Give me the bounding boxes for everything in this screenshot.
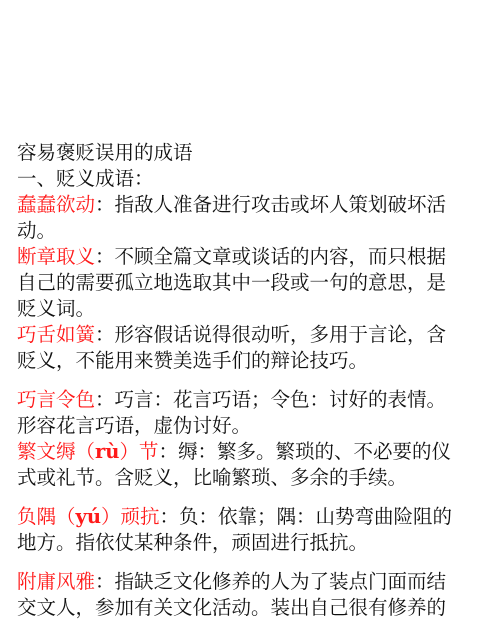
idiom-definition: 交文人，参加有关文化活动。装出自己很有修养的 [17,595,467,621]
idiom-definition: ：负：依靠；隅：山势弯曲险阻的 [160,505,453,528]
idiom-entry: 巧舌如簧：形容假话说得很动听，多用于言论，含 贬义，不能用来赞美选手们的辩论技巧… [17,322,467,374]
idiom-definition: 地方。指依仗某种条件，顽固进行抵抗。 [17,530,467,556]
idiom-definition: 动。 [17,218,467,244]
idiom-definition: 贬义，不能用来赞美选手们的辩论技巧。 [17,348,467,374]
idiom-definition: ：指敌人准备进行攻击或坏人策划破坏活 [95,193,446,216]
idiom-entry: 蠢蠢欲动：指敌人准备进行攻击或坏人策划破坏活 动。 [17,192,467,244]
idiom-definition: 贬义词。 [17,296,467,322]
idiom-entry: 繁文缛（rù）节：缛：繁多。繁琐的、不必要的仪 式或礼节。含贬义，比喻繁琐、多余… [17,439,467,491]
pinyin: yú [76,505,102,528]
idiom-entry: 断章取义：不顾全篇文章或谈话的内容，而只根据 自己的需要孤立地选取其中一段或一句… [17,244,467,322]
idiom-definition: ：缛：繁多。繁琐的、不必要的仪 [158,440,451,463]
idiom-definition: ：不顾全篇文章或谈话的内容，而只根据 [95,245,446,268]
paragraph-gap [17,556,467,569]
idiom-term: 巧舌如簧 [17,323,95,346]
idiom-term: 繁文缛（rù）节 [17,440,158,463]
idiom-term: 蠢蠢欲动 [17,193,95,216]
idiom-definition: 自己的需要孤立地选取其中一段或一句的意思，是 [17,270,467,296]
idiom-entry: 负隅（yú）顽抗：负：依靠；隅：山势弯曲险阻的 地方。指依仗某种条件，顽固进行抵… [17,504,467,556]
idiom-term: 负隅（yú）顽抗 [17,505,160,528]
idiom-definition: ：指缺乏文化修养的人为了装点门面而结 [95,570,446,593]
paragraph-gap [17,374,467,387]
idiom-term: 断章取义 [17,245,95,268]
idiom-term: 附庸风雅 [17,570,95,593]
idiom-definition: ：形容假话说得很动听，多用于言论，含 [95,323,446,346]
idiom-definition: 形容花言巧语，虚伪讨好。 [17,413,467,439]
idiom-entry: 附庸风雅：指缺乏文化修养的人为了装点门面而结 交文人，参加有关文化活动。装出自己… [17,569,467,621]
idiom-entry: 巧言令色：巧言：花言巧语；令色：讨好的表情。 形容花言巧语，虚伪讨好。 [17,387,467,439]
section-heading: 一、贬义成语： [17,166,467,192]
document-page: 容易褒贬误用的成语 一、贬义成语： 蠢蠢欲动：指敌人准备进行攻击或坏人策划破坏活… [17,140,467,621]
idiom-definition: ：巧言：花言巧语；令色：讨好的表情。 [95,388,446,411]
pinyin: rù [95,440,119,463]
idiom-term: 巧言令色 [17,388,95,411]
paragraph-gap [17,491,467,504]
document-title: 容易褒贬误用的成语 [17,140,467,166]
idiom-definition: 式或礼节。含贬义，比喻繁琐、多余的手续。 [17,465,467,491]
